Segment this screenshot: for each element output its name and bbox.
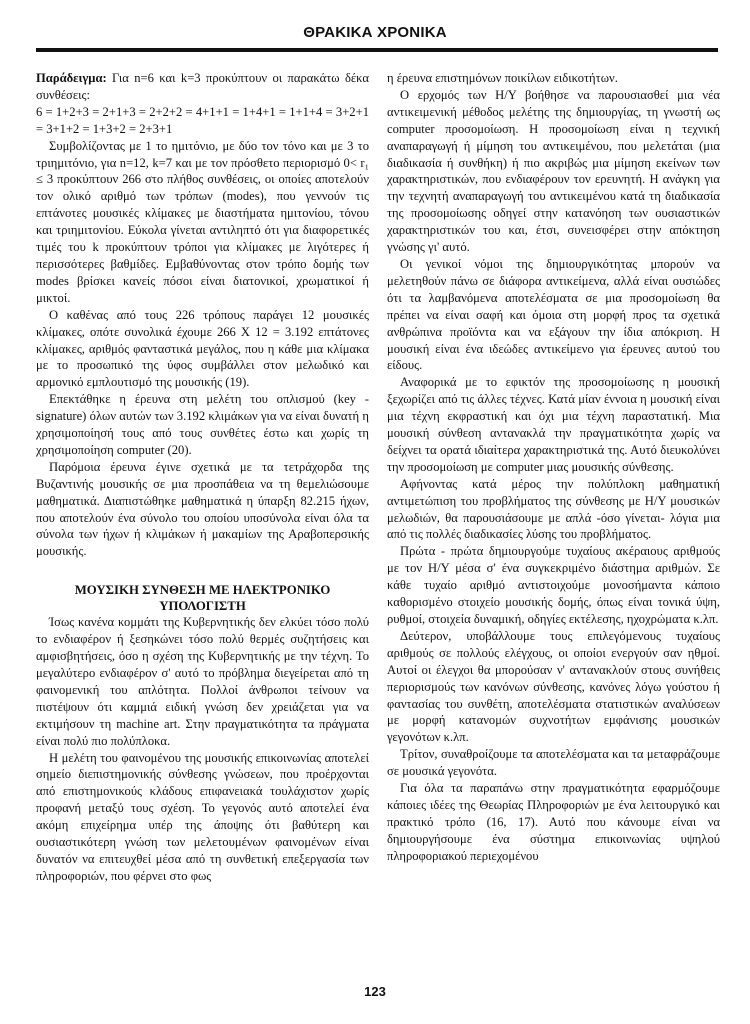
left-column: Παράδειγμα: Για n=6 και k=3 προκύπτουν ο… [36,70,369,885]
example-paragraph: Παράδειγμα: Για n=6 και k=3 προκύπτουν ο… [36,70,369,104]
continuation-line: η έρευνα επιστημόνων ποικίλων ειδικοτήτω… [387,70,720,87]
running-head-title: ΘΡΑΚΙΚΑ ΧΡΟΝΙΚΑ [0,24,750,41]
paragraph: Πρώτα - πρώτα δημιουργούμε τυχαίους ακέρ… [387,543,720,628]
paragraph: Ο ερχομός των Η/Υ βοήθησε να παρουσιασθε… [387,87,720,256]
paragraph: Συμβολίζοντας με 1 το ημιτόνιο, με δύο τ… [36,138,369,307]
paragraph: Ίσως κανένα κομμάτι της Κυβερνητικής δεν… [36,614,369,749]
paragraph: Η μελέτη του φαινομένου της μουσικής επι… [36,750,369,885]
paragraph: Αναφορικά με το εφικτόν της προσομοίωσης… [387,374,720,475]
paragraph: Επεκτάθηκε η έρευνα στη μελέτη του οπλισ… [36,391,369,459]
paragraph: Παρόμοια έρευνα έγινε σχετικά με τα τετρ… [36,459,369,560]
section-heading: ΜΟΥΣΙΚΗ ΣΥΝΘΕΣΗ ΜΕ ΗΛΕΚΤΡΟΝΙΚΟ ΥΠΟΛΟΓΙΣΤ… [36,582,369,614]
paragraph: Δεύτερον, υποβάλλουμε τους επιλεγόμενους… [387,628,720,746]
paragraph: Αφήνοντας κατά μέρος την πολύπλοκη μαθημ… [387,476,720,544]
paragraph: Οι γενικοί νόμοι της δημιουργικότητας μπ… [387,256,720,374]
paragraph: Για όλα τα παραπάνω στην πραγματικότητα … [387,780,720,865]
paragraph: Τρίτον, συναθροίζουμε τα αποτελέσματα κα… [387,746,720,780]
right-column: η έρευνα επιστημόνων ποικίλων ειδικοτήτω… [387,70,720,865]
page-number: 123 [0,984,750,999]
compositions-equation: 6 = 1+2+3 = 2+1+3 = 2+2+2 = 4+1+1 = 1+4+… [36,104,369,138]
paragraph: Ο καθένας από τους 226 τρόπους παράγει 1… [36,307,369,392]
header-rule [36,48,718,52]
example-lead: Παράδειγμα: [36,71,107,85]
